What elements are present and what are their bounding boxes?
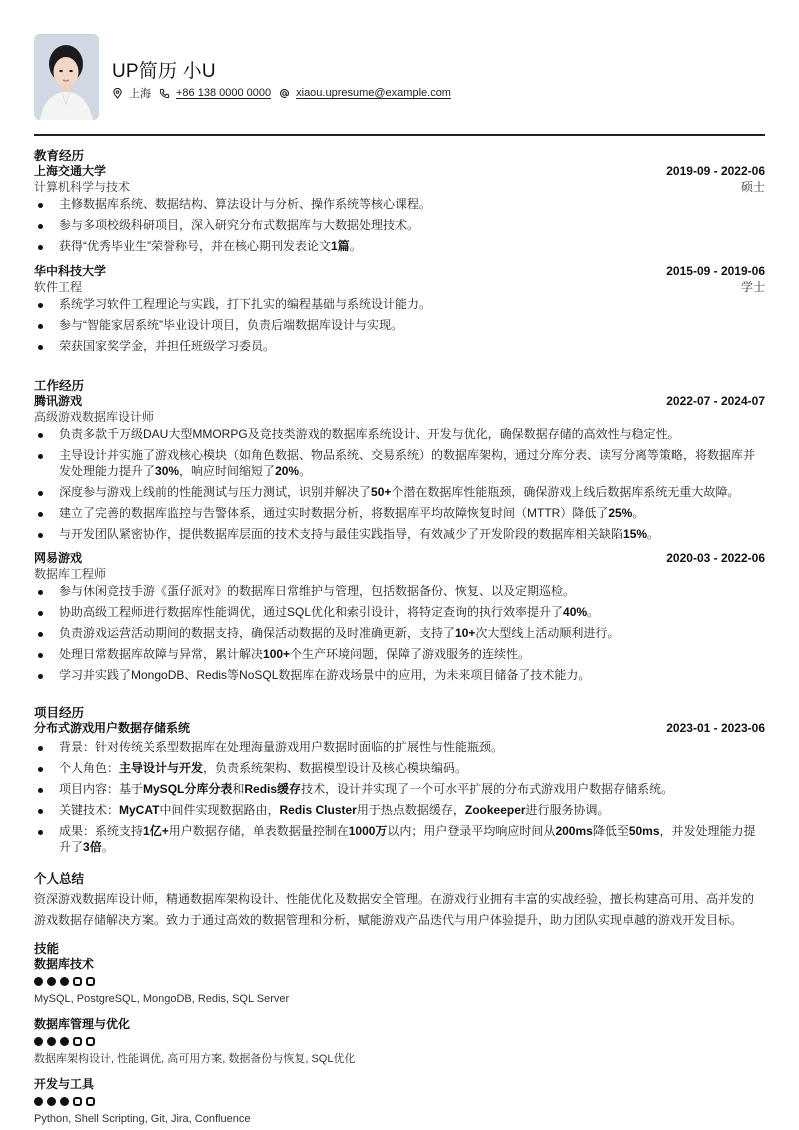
portrait-icon [34,34,99,120]
filled-dot-icon [60,1097,69,1106]
skill-name: 数据库管理与优化 [34,1017,765,1032]
filled-dot-icon [34,977,43,986]
work-section: 工作经历 腾讯游戏 2022-07 - 2024-07 高级游戏数据库设计师 负… [34,379,765,689]
contact-info: 上海 +86 138 0000 0000 xiaou.upresume@exam… [112,85,459,101]
skill-level-rating [34,1037,765,1047]
bullet-item: 关键技术：MyCAT中间件实现数据路由，Redis Cluster用于热点数据缓… [34,803,765,819]
bullet-item: 荣获国家奖学金，并担任班级学习委员。 [34,339,765,355]
company-name: 网易游戏 [34,551,82,566]
bullet-item: 负责多款千万级DAU大型MMORPG及竞技类游戏的数据库系统设计、开发与优化，确… [34,427,765,443]
education-bullets: 主修数据库系统、数据结构、算法设计与分析、操作系统等核心课程。参与多项校级科研项… [34,197,765,255]
bullet-item: 系统学习软件工程理论与实践，打下扎实的编程基础与系统设计能力。 [34,297,765,313]
phone-link[interactable]: +86 138 0000 0000 [176,87,271,99]
skill-item: 数据库技术MySQL, PostgreSQL, MongoDB, Redis, … [34,957,765,1006]
candidate-name: UP简历 小U [112,56,216,83]
major: 软件工程 [34,279,82,295]
school-name: 上海交通大学 [34,164,106,179]
bullet-item: 成果：系统支持1亿+用户数据存储，单表数据量控制在1000万以内；用户登录平均响… [34,824,765,855]
school-name: 华中科技大学 [34,264,106,279]
degree: 硕士 [741,179,765,195]
education-entry: 华中科技大学 2015-09 - 2019-06 软件工程 学士 系统学习软件工… [34,264,765,355]
at-sign-icon [279,88,290,99]
skills-list: 数据库技术MySQL, PostgreSQL, MongoDB, Redis, … [34,957,765,1126]
project-entry: 分布式游戏用户数据存储系统 2023-01 - 2023-06 背景：针对传统关… [34,721,765,855]
project-date: 2023-01 - 2023-06 [666,721,765,736]
skill-item: 数据库管理与优化数据库架构设计, 性能调优, 高可用方案, 数据备份与恢复, S… [34,1017,765,1066]
section-title-education: 教育经历 [34,149,765,164]
major: 计算机科学与技术 [34,179,130,195]
work-entry: 腾讯游戏 2022-07 - 2024-07 高级游戏数据库设计师 负责多款千万… [34,394,765,542]
filled-dot-icon [60,1037,69,1046]
education-date: 2019-09 - 2022-06 [666,164,765,179]
empty-dot-icon [73,1097,82,1106]
work-date: 2020-03 - 2022-06 [666,551,765,566]
skill-description: Python, Shell Scripting, Git, Jira, Conf… [34,1112,765,1126]
skill-name: 数据库技术 [34,957,765,972]
bullet-item: 学习并实践了MongoDB、Redis等NoSQL数据库在游戏场景中的应用，为未… [34,668,765,684]
filled-dot-icon [47,1037,56,1046]
skill-item: 开发与工具Python, Shell Scripting, Git, Jira,… [34,1077,765,1126]
filled-dot-icon [60,977,69,986]
map-pin-icon [112,88,123,99]
education-date: 2015-09 - 2019-06 [666,264,765,279]
education-bullets: 系统学习软件工程理论与实践，打下扎实的编程基础与系统设计能力。参与“智能家居系统… [34,297,765,355]
section-title-projects: 项目经历 [34,706,765,721]
degree: 学士 [741,279,765,295]
bullet-item: 负责游戏运营活动期间的数据支持，确保活动数据的及时准确更新，支持了10+次大型线… [34,626,765,642]
work-bullets: 负责多款千万级DAU大型MMORPG及竞技类游戏的数据库系统设计、开发与优化，确… [34,427,765,542]
bullet-item: 项目内容：基于MySQL分库分表和Redis缓存技术，设计并实现了一个可水平扩展… [34,782,765,798]
skill-level-rating [34,1097,765,1107]
resume-page: UP简历 小U 上海 +86 138 0000 0000 [34,0,765,136]
profile-photo [34,34,99,120]
empty-dot-icon [73,977,82,986]
projects-section: 项目经历 分布式游戏用户数据存储系统 2023-01 - 2023-06 背景：… [34,706,765,861]
bullet-item: 背景：针对传统关系型数据库在处理海量游戏用户数据时面临的扩展性与性能瓶颈。 [34,740,765,756]
resume-header: UP简历 小U 上海 +86 138 0000 0000 [34,0,765,136]
skill-description: MySQL, PostgreSQL, MongoDB, Redis, SQL S… [34,992,765,1006]
work-date: 2022-07 - 2024-07 [666,394,765,409]
filled-dot-icon [34,1097,43,1106]
empty-dot-icon [86,977,95,986]
contact-phone: +86 138 0000 0000 [159,87,271,99]
bullet-item: 处理日常数据库故障与异常，累计解决100+个生产环境问题，保障了游戏服务的连续性… [34,647,765,663]
bullet-item: 参与休闲竞技手游《蛋仔派对》的数据库日常维护与管理，包括数据备份、恢复、以及定期… [34,584,765,600]
bullet-item: 深度参与游戏上线前的性能测试与压力测试，识别并解决了50+个潜在数据库性能瓶颈，… [34,485,765,501]
email-link[interactable]: xiaou.upresume@example.com [296,87,451,99]
contact-email: xiaou.upresume@example.com [279,87,451,99]
empty-dot-icon [73,1037,82,1046]
bullet-item: 参与多项校级科研项目，深入研究分布式数据库与大数据处理技术。 [34,218,765,234]
filled-dot-icon [34,1037,43,1046]
empty-dot-icon [86,1097,95,1106]
job-title: 高级游戏数据库设计师 [34,409,154,425]
filled-dot-icon [47,977,56,986]
summary-text: 资深游戏数据库设计师，精通数据库架构设计、性能优化及数据安全管理。在游戏行业拥有… [34,889,765,931]
bullet-item: 建立了完善的数据库监控与告警体系，通过实时数据分析，将数据库平均故障恢复时间（M… [34,506,765,522]
skills-section: 技能 数据库技术MySQL, PostgreSQL, MongoDB, Redi… [34,942,765,1126]
header-divider [34,134,765,136]
section-title-work: 工作经历 [34,379,765,394]
bullet-item: 主修数据库系统、数据结构、算法设计与分析、操作系统等核心课程。 [34,197,765,213]
contact-location: 上海 [112,85,151,101]
bullet-item: 获得“优秀毕业生”荣誉称号，并在核心期刊发表论文1篇。 [34,239,765,255]
skill-level-rating [34,977,765,987]
filled-dot-icon [47,1097,56,1106]
work-bullets: 参与休闲竞技手游《蛋仔派对》的数据库日常维护与管理，包括数据备份、恢复、以及定期… [34,584,765,684]
section-title-skills: 技能 [34,942,765,957]
education-entry: 上海交通大学 2019-09 - 2022-06 计算机科学与技术 硕士 主修数… [34,164,765,255]
company-name: 腾讯游戏 [34,394,82,409]
project-name: 分布式游戏用户数据存储系统 [34,721,190,736]
work-entry: 网易游戏 2020-03 - 2022-06 数据库工程师 参与休闲竞技手游《蛋… [34,551,765,684]
summary-section: 个人总结 资深游戏数据库设计师，精通数据库架构设计、性能优化及数据安全管理。在游… [34,872,765,931]
project-bullets: 背景：针对传统关系型数据库在处理海量游戏用户数据时面临的扩展性与性能瓶颈。个人角… [34,740,765,855]
bullet-item: 主导设计并实施了游戏核心模块（如角色数据、物品系统、交易系统）的数据库架构，通过… [34,448,765,479]
phone-icon [159,88,170,99]
education-section: 教育经历 上海交通大学 2019-09 - 2022-06 计算机科学与技术 硕… [34,149,765,360]
section-title-summary: 个人总结 [34,872,765,887]
bullet-item: 协助高级工程师进行数据库性能调优，通过SQL优化和索引设计，将特定查询的执行效率… [34,605,765,621]
skill-description: 数据库架构设计, 性能调优, 高可用方案, 数据备份与恢复, SQL优化 [34,1052,765,1066]
bullet-item: 与开发团队紧密协作，提供数据库层面的技术支持与最佳实践指导，有效减少了开发阶段的… [34,527,765,543]
bullet-item: 个人角色：主导设计与开发，负责系统架构、数据模型设计及核心模块编码。 [34,761,765,777]
skill-name: 开发与工具 [34,1077,765,1092]
empty-dot-icon [86,1037,95,1046]
location-text: 上海 [129,85,151,101]
job-title: 数据库工程师 [34,566,106,582]
bullet-item: 参与“智能家居系统”毕业设计项目，负责后端数据库设计与实现。 [34,318,765,334]
